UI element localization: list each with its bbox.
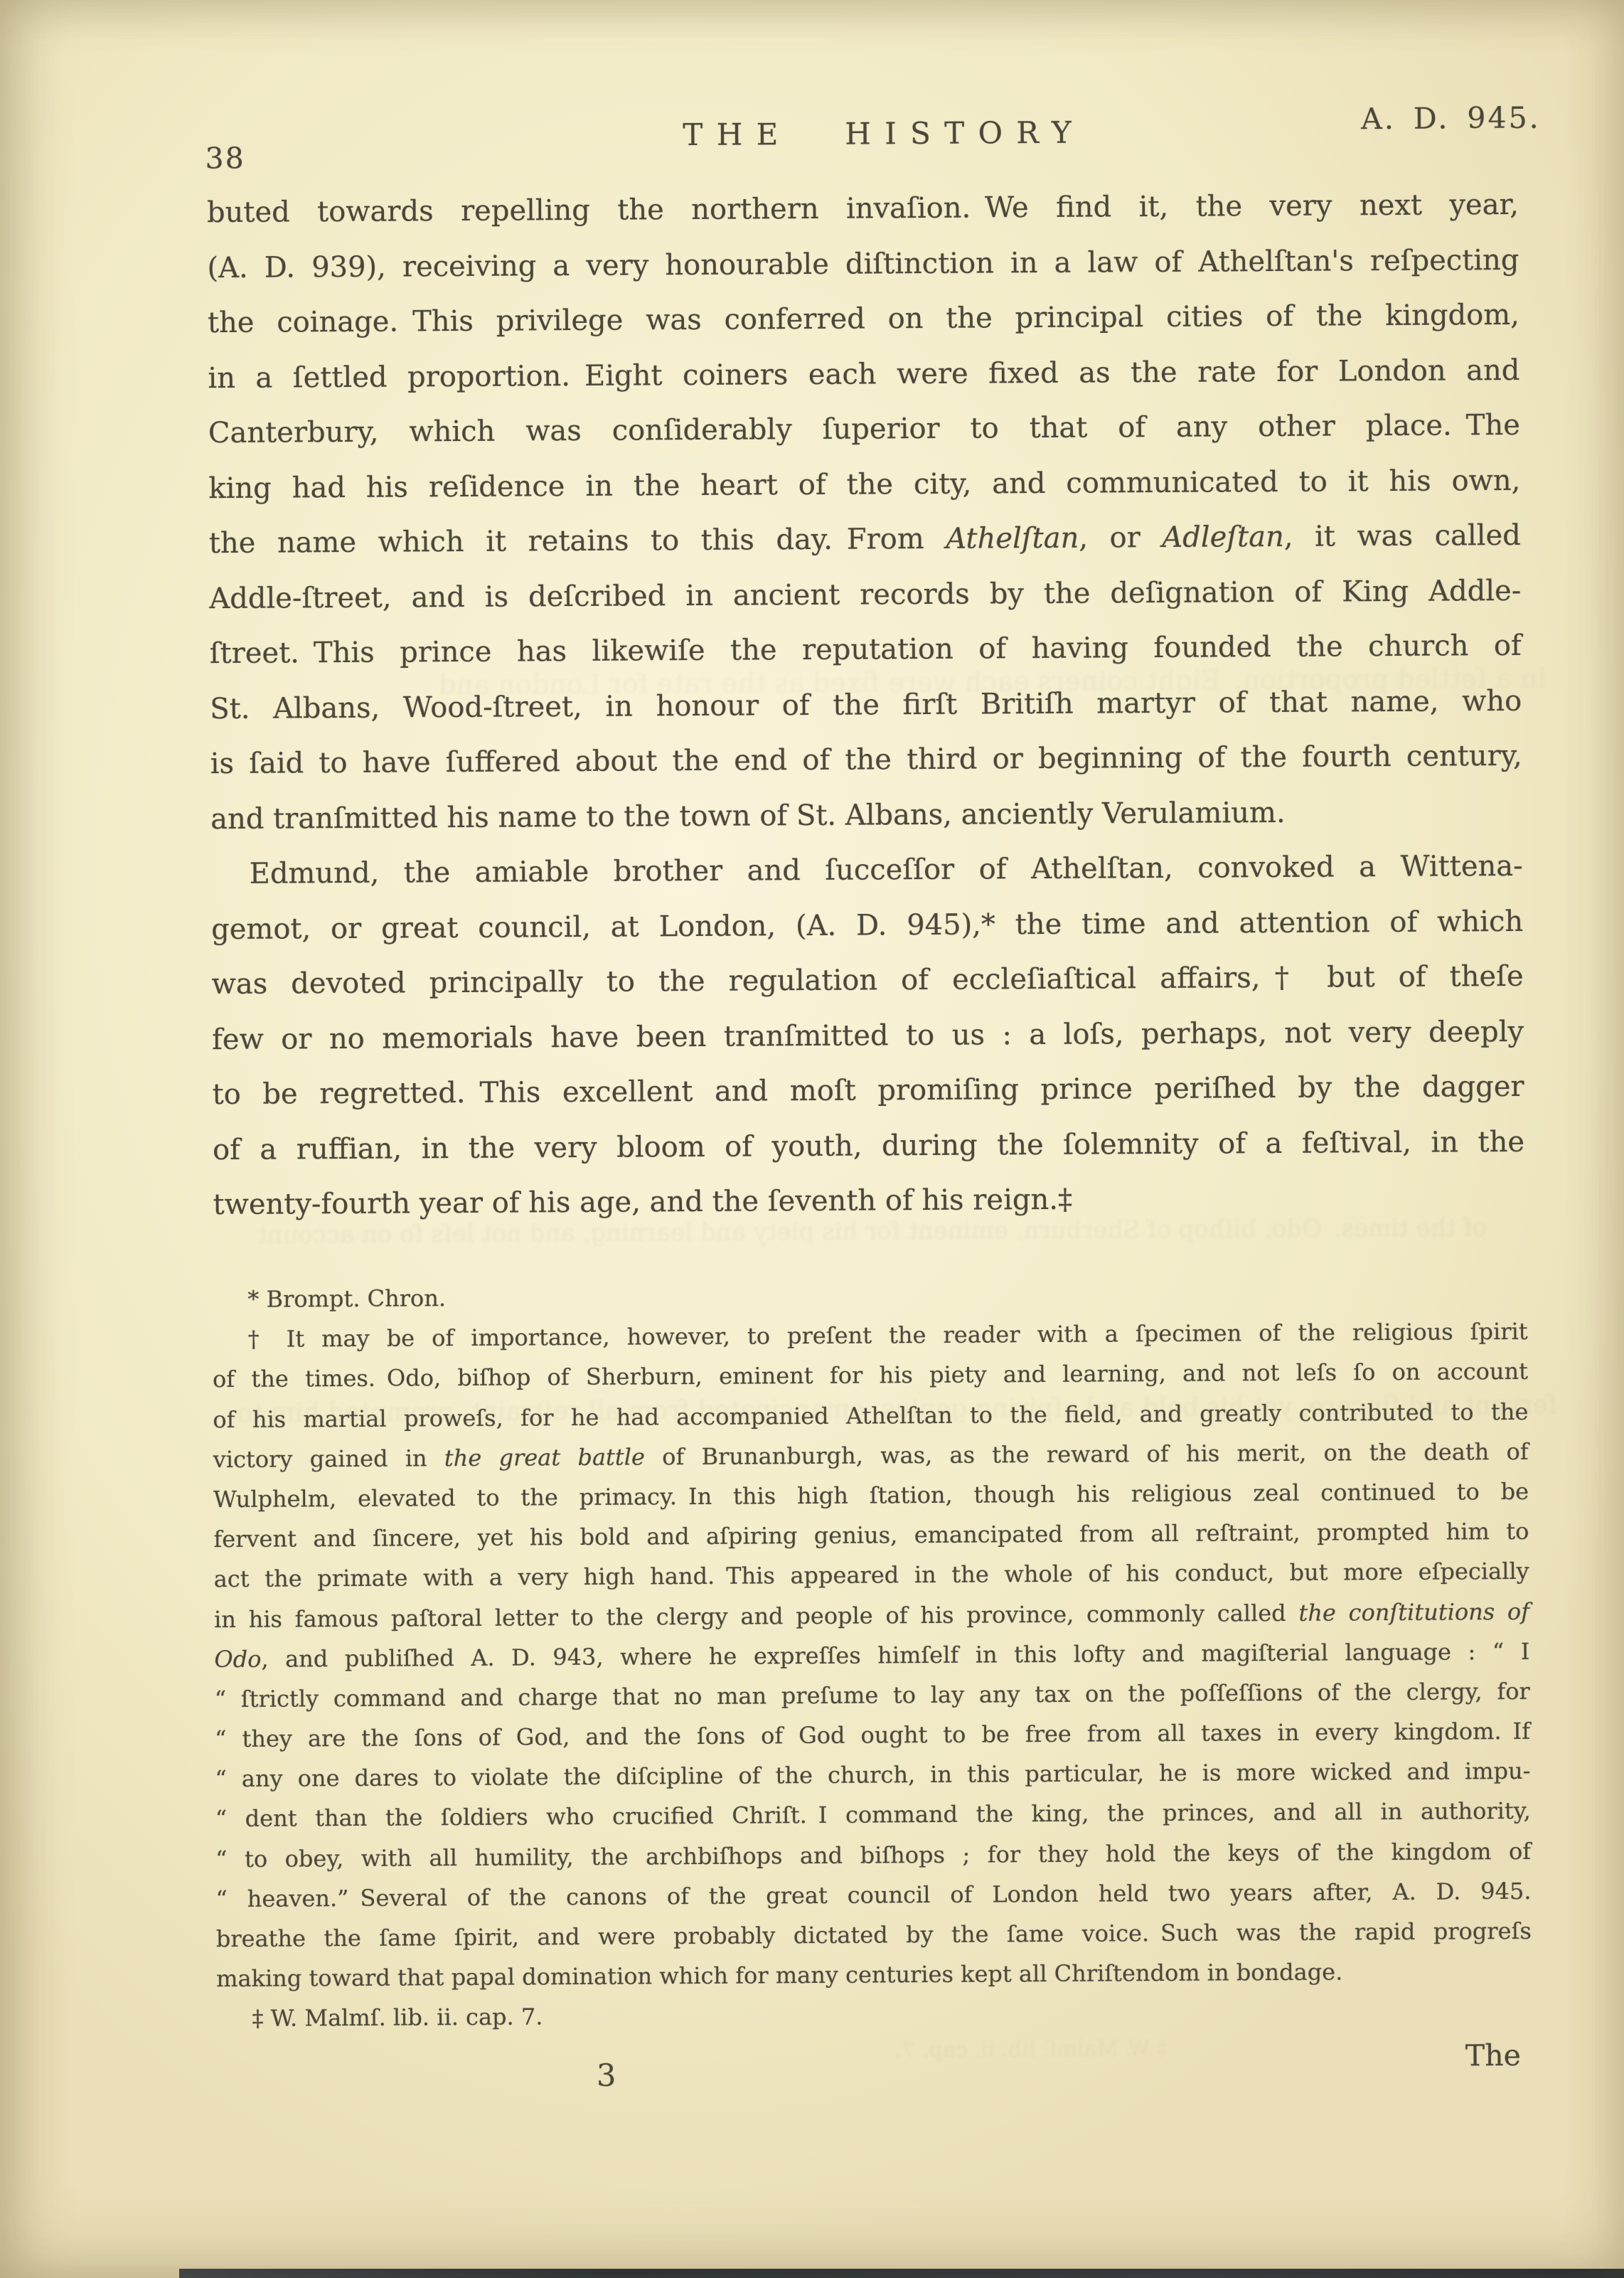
text-segment: breathe the ſame ſpirit, and were probab… [216,1917,1532,1952]
text-line: twenty-fourth year of his age, and the ſ… [213,1170,1524,1233]
text-line: making toward that papal domination whic… [216,1951,1532,1998]
scanned-book-page: of the times. Odo, biſhop of Sherburn, e… [0,0,1624,2278]
text-segment: few or no memorials have been tranſmitte… [212,1015,1524,1055]
text-line: Canterbury, which was conſiderably ſuper… [208,398,1520,462]
text-line: ‡ W. Malmſ. lib. ii. cap. 7. [216,1991,1532,2038]
text-segment: Wulphelm, elevated to the primacy. In th… [213,1478,1529,1513]
text-segment: was devoted principally to the regulatio… [211,960,1523,1001]
text-segment: , or [1079,521,1162,555]
text-line: of a ruffian, in the very bloom of youth… [213,1114,1524,1178]
running-title: THE HISTORY [683,115,1085,152]
text-segment: buted towards repelling the northern inv… [207,188,1519,229]
text-segment: * Brompt. Chron. [247,1284,446,1313]
text-line: act the primate with a very high hand. T… [214,1551,1529,1599]
footnotes: * Brompt. Chron.† It may be of importanc… [212,1272,1532,2039]
page-content: of the times. Odo, biſhop of Sherburn, e… [0,0,1624,2278]
text-line: Edmund, the amiable brother and ſucceſſo… [210,839,1522,903]
text-line: buted towards repelling the northern inv… [207,178,1519,241]
text-line: in a ſettled proportion. Eight coiners e… [208,343,1519,406]
text-segment: Edmund, the amiable brother and ſucceſſo… [250,850,1523,890]
text-line: St. Albans, Wood-ſtreet, in honour of th… [210,674,1522,737]
paragraph: Edmund, the amiable brother and ſucceſſo… [210,839,1524,1233]
text-line: king had his reſidence in the heart of t… [208,453,1520,516]
italic-text: Odo [214,1645,261,1672]
page-number: 38 [205,142,245,176]
text-segment: (A. D. 939), receiving a very honourable… [207,243,1519,284]
text-segment: , it was called [1284,519,1521,553]
italic-text: Athelſtan [946,522,1079,555]
text-segment: the coinage. This privilege was conferre… [208,299,1519,339]
text-segment: making toward that papal domination whic… [216,1959,1342,1993]
italic-text: the great battle [444,1443,645,1471]
text-segment: Addle-ſtreet, and is deſcribed in ancien… [209,574,1521,614]
scan-artifact-bar [179,2269,1624,2278]
text-segment: the name which it retains to this day. F… [209,523,946,560]
text-segment: of his martial proweſs, for he had accom… [213,1398,1528,1432]
text-segment: of a ruffian, in the very bloom of youth… [213,1125,1524,1166]
text-segment: in a ſettled proportion. Eight coiners e… [208,353,1519,394]
text-segment: to be regretted. This excellent and moſt… [212,1070,1524,1111]
text-segment: in his famous paſtoral letter to the cle… [214,1599,1299,1632]
text-segment: † It may be of importance, however, to p… [248,1318,1528,1353]
text-segment: victory gained in [213,1444,444,1473]
text-segment: “ any one dares to violate the diſciplin… [215,1757,1530,1792]
text-segment: king had his reſidence in the heart of t… [208,464,1520,504]
text-line: ſtreet. This prince has likewiſe the rep… [210,619,1522,682]
signature-mark: 3 [597,2058,616,2094]
text-line: was devoted principally to the regulatio… [211,949,1523,1013]
bleed-through-ghost: ‡ W. Malmſ. lib. ii. cap. 7. [895,2036,1168,2063]
text-line: the name which it retains to this day. F… [209,509,1521,572]
text-segment: ſtreet. This prince has likewiſe the rep… [210,629,1522,670]
text-segment: twenty-fourth year of his age, and the ſ… [213,1183,1072,1221]
text-segment: fervent and ſincere, yet his bold and aſ… [213,1518,1529,1553]
text-line: and tranſmitted his name to the town of … [210,784,1522,847]
text-segment: “ to obey, with all humility, the archbi… [215,1837,1531,1872]
text-line: gemot, or great council, at London, (A. … [211,894,1523,957]
paragraph: buted towards repelling the northern inv… [207,178,1523,847]
text-segment: “ heaven.” Several of the canons of the … [215,1878,1531,1912]
text-line: the coinage. This privilege was conferre… [208,288,1519,351]
text-segment: of the times. Odo, biſhop of Sherburn, e… [213,1358,1528,1393]
text-segment: “ ſtrictly command and charge that no ma… [215,1678,1530,1713]
italic-text: the conſtitutions of [1298,1597,1529,1626]
text-segment: Canterbury, which was conſiderably ſuper… [208,409,1520,449]
catchword: The [1465,2038,1521,2072]
text-segment: gemot, or great council, at London, (A. … [211,905,1523,945]
text-line: is ſaid to have ſuffered about the end o… [210,729,1522,792]
text-segment: of Brunanburgh, was, as the reward of hi… [645,1438,1529,1471]
text-segment: ‡ W. Malmſ. lib. ii. cap. 7. [252,2003,543,2032]
text-segment: , and publiſhed A. D. 943, where he expr… [261,1638,1529,1673]
text-segment: act the primate with a very high hand. T… [214,1558,1529,1592]
running-date: A. D. 945. [1361,101,1541,137]
main-text: buted towards repelling the northern inv… [207,178,1525,1233]
text-segment: and tranſmitted his name to the town of … [210,796,1286,835]
italic-text: Adleſtan [1162,521,1284,554]
text-line: few or no memorials have been tranſmitte… [212,1004,1524,1068]
text-segment: “ they are the ſons of God, and the ſons… [215,1718,1530,1752]
text-line: to be regretted. This excellent and moſt… [212,1060,1524,1123]
text-segment: is ſaid to have ſuffered about the end o… [210,740,1522,780]
text-segment: “ dent than the ſoldiers who crucified C… [215,1797,1531,1832]
text-line: (A. D. 939), receiving a very honourable… [207,233,1519,296]
text-segment: St. Albans, Wood-ſtreet, in honour of th… [210,684,1522,725]
text-line: Addle-ſtreet, and is deſcribed in ancien… [209,563,1521,627]
